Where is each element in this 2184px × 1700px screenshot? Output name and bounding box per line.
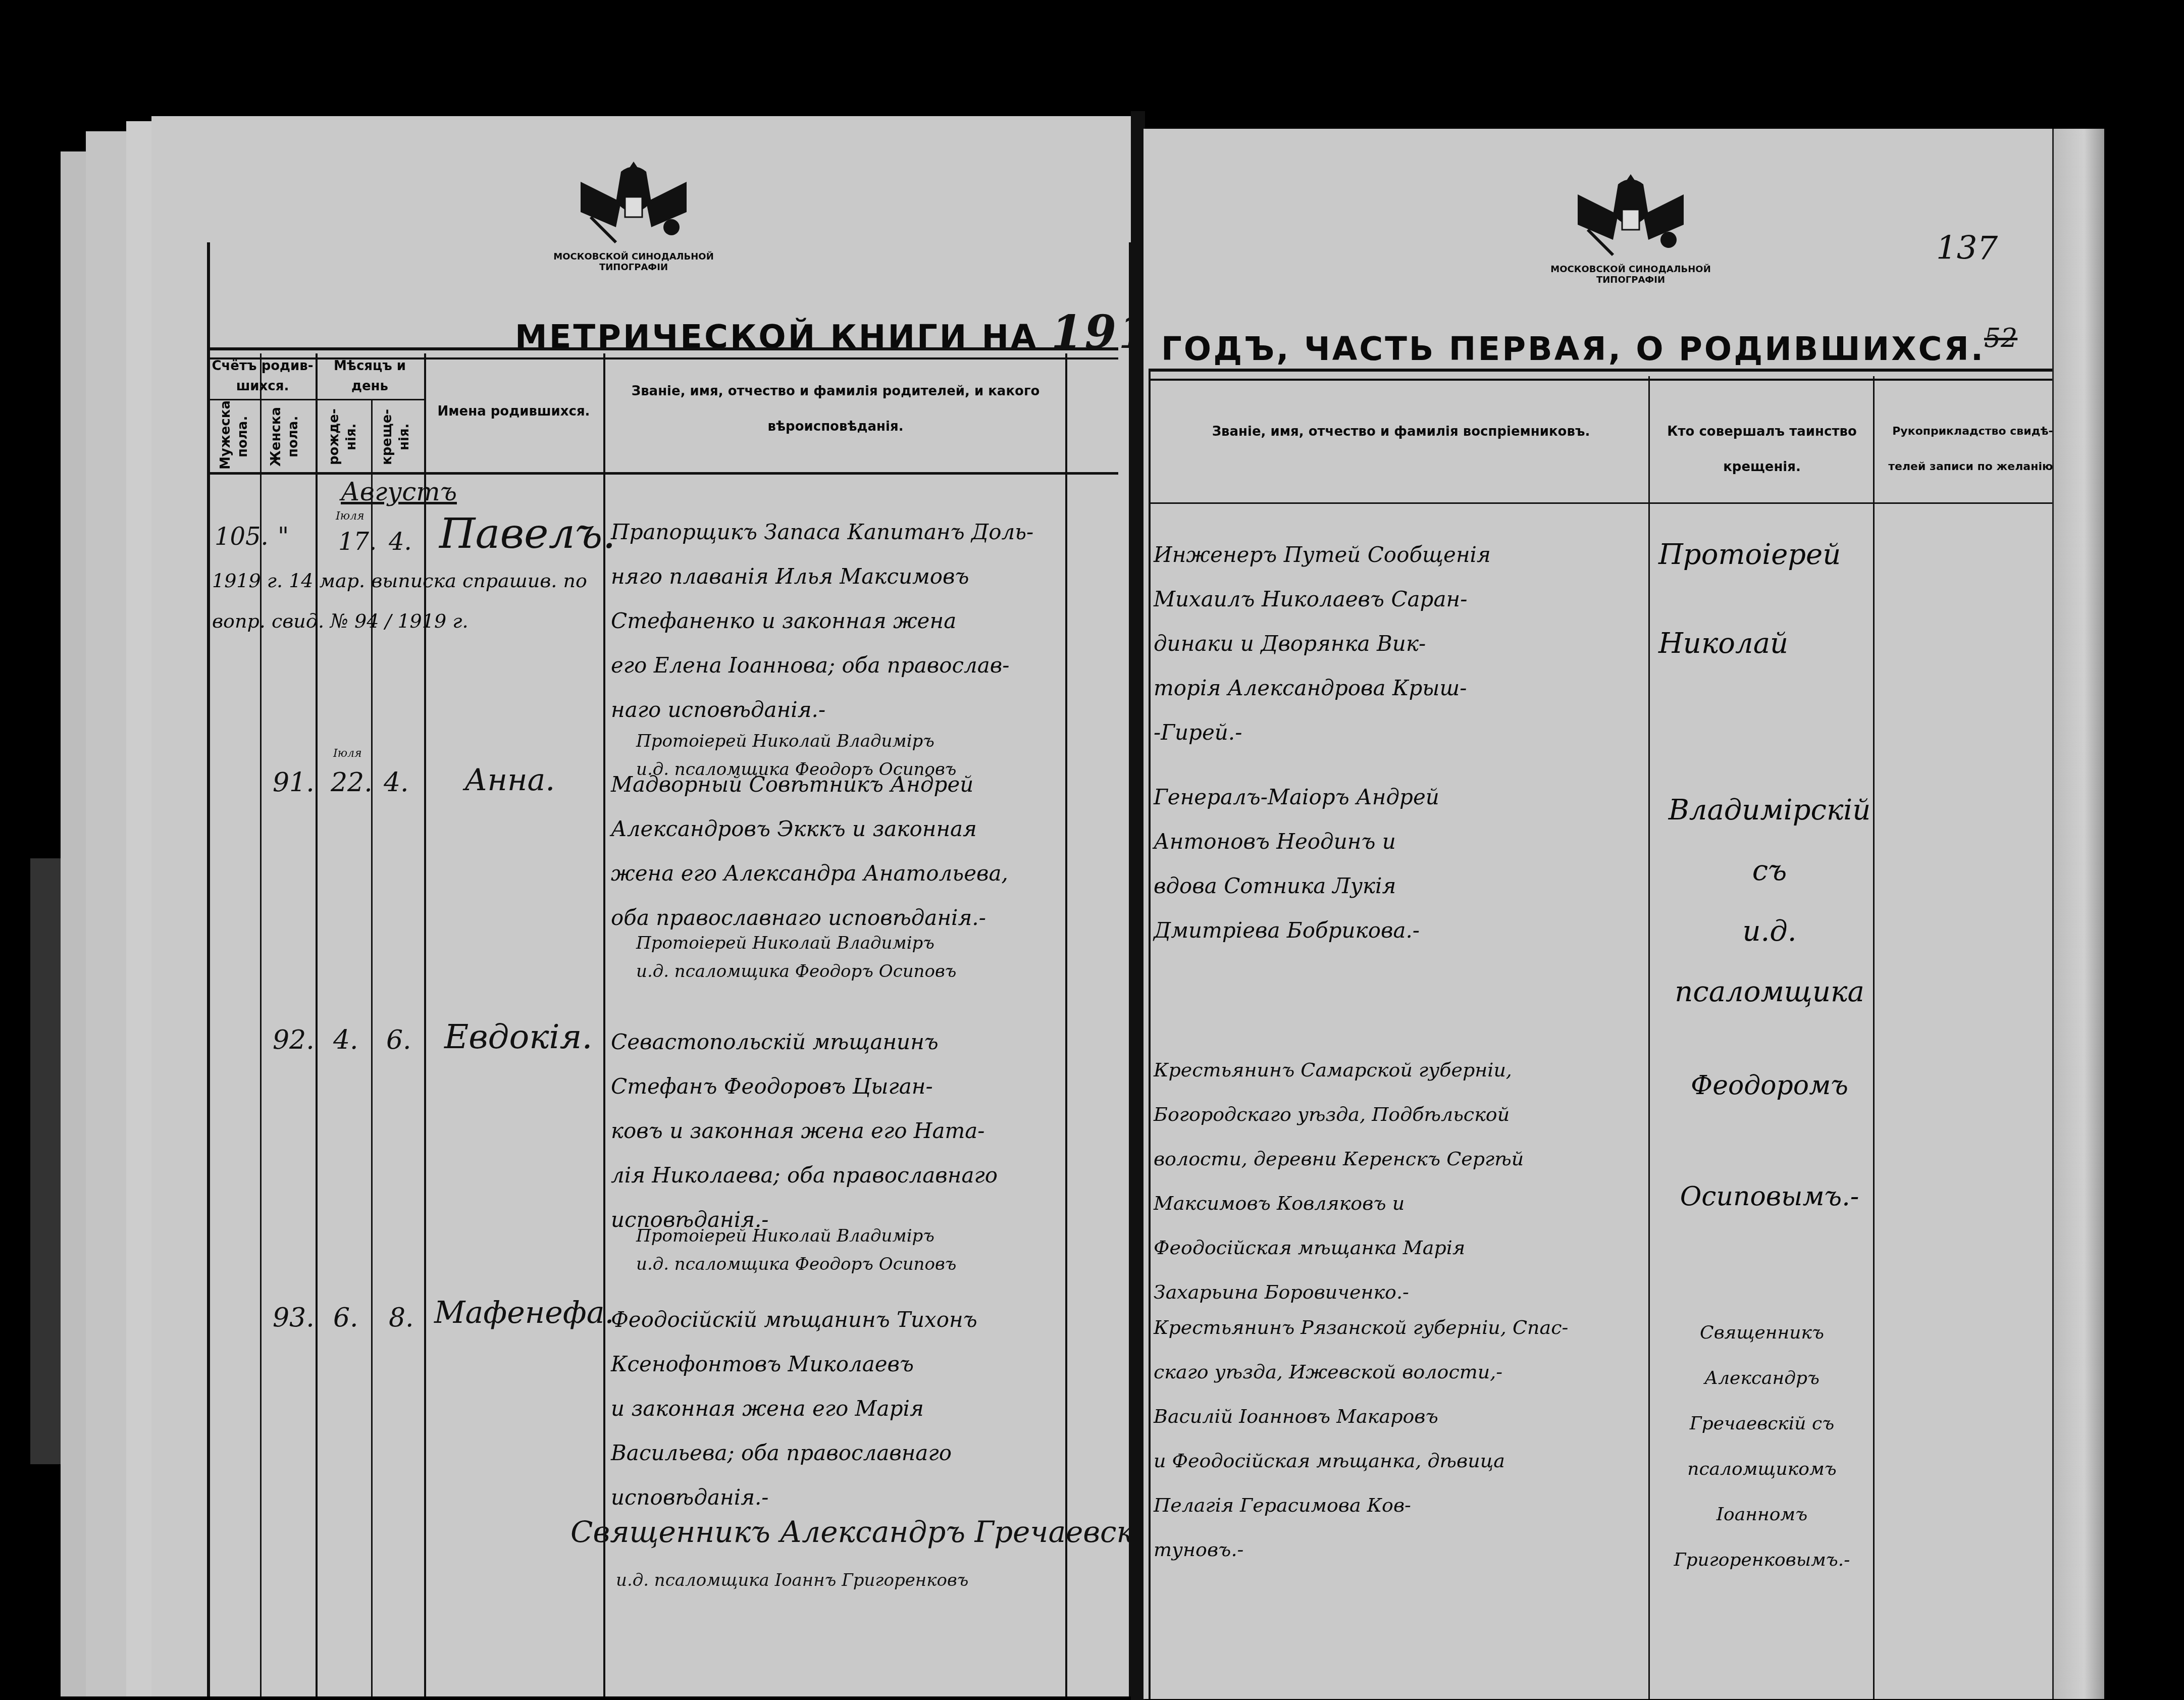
godparents-entry: Инженеръ Путей Сообщенія Михаилъ Николае… xyxy=(1154,533,1648,755)
officiant-entry: Феодоромъ Осиповымъ.- xyxy=(1663,1058,1876,1224)
entry-child-name: Павелъ. xyxy=(439,510,616,558)
col-line xyxy=(1873,376,1875,1699)
godparents-entry: Крестьянинъ Рязанской губерніи, Спас- ск… xyxy=(1154,1305,1648,1572)
col-header-birth: рожде-нія. xyxy=(326,404,360,470)
double-headed-eagle-icon xyxy=(550,157,717,247)
entry-female-no: " xyxy=(278,523,289,551)
entry-birth-month: Іюля xyxy=(336,510,365,523)
left-page: МОСКОВСКОЙ СИНОДАЛЬНОЙ ТИПОГРАФІИ МЕТРИЧ… xyxy=(151,116,1131,1696)
entry-parents: Феодосійскій мѣщанинъ Тихонъ Ксенофонтов… xyxy=(611,1298,1065,1520)
entry-birth-month: Іюля xyxy=(333,747,362,760)
entry-margin-note: 1919 г. 14 мар. выписка спрашив. по вопр… xyxy=(212,560,596,641)
entry-birth-day: 6. xyxy=(333,1303,358,1333)
col-header-month-day: Мѣсяцъ и день xyxy=(316,356,424,396)
col-line xyxy=(316,353,318,1696)
entry-female-no: 92. xyxy=(273,1025,315,1055)
month-header: Августъ xyxy=(341,477,457,506)
entry-child-name: Евдокія. xyxy=(444,1017,592,1056)
officiant-entry: Владимірскій съ и.д. псаломщика xyxy=(1663,780,1876,1022)
header-bottom-rule xyxy=(1149,502,2072,504)
page-number-struck: 52 xyxy=(1984,323,2017,353)
imperial-eagle-emblem: МОСКОВСКОЙ СИНОДАЛЬНОЙ ТИПОГРАФІИ xyxy=(1547,169,1714,285)
officiant-entry: Священникъ Александръ Гречаевскій съ пса… xyxy=(1653,1310,1870,1583)
godparents-entry: Крестьянинъ Самарской губерніи, Богородс… xyxy=(1154,1048,1648,1314)
entry-priest-note: Протоіерей Николай Владиміръ и.д. псалом… xyxy=(636,929,1065,986)
entry-baptism-day: 6. xyxy=(386,1025,411,1055)
col-header-male: Мужеска пола. xyxy=(217,404,251,470)
header-bottom-rule xyxy=(210,472,1118,475)
entry-baptism-day: 8. xyxy=(389,1303,414,1333)
col-line xyxy=(1065,353,1067,1696)
entry-baptism-day: 4. xyxy=(384,767,409,798)
col-line xyxy=(260,353,262,1696)
signature-priest: Священникъ Александръ Гречаевскій xyxy=(570,1515,1162,1549)
entry-birth-day: 4. xyxy=(333,1025,358,1055)
col-header-count: Счётъ родив-шихся. xyxy=(210,356,316,396)
col-header-witnesses: Рукоприкладство свидѣ-телей записи по же… xyxy=(1876,414,2070,485)
right-page: МОСКОВСКОЙ СИНОДАЛЬНОЙ ТИПОГРАФІИ 137 ГО… xyxy=(1143,129,2103,1699)
officiant-entry: Протоіерей Николай xyxy=(1658,533,1870,666)
col-header-female: Женска пола. xyxy=(268,404,302,470)
entry-baptism-day: 4. xyxy=(389,528,412,556)
folded-page-edge xyxy=(2052,129,2104,1699)
col-header-parents: Званіе, имя, отчество и фамилія родителе… xyxy=(608,374,1063,444)
signature-psalmist: и.д. псаломщика Іоаннъ Григоренковъ xyxy=(616,1570,968,1590)
page-title-right: ГОДЪ, ЧАСТЬ ПЕРВАЯ, О РОДИВШИХСЯ. xyxy=(1161,331,1985,368)
entry-birth-day: 17. xyxy=(338,528,377,556)
entry-priest-note: Протоіерей Николай Владиміръ и.д. псалом… xyxy=(636,1222,1065,1278)
entry-child-name: Мафенефа. xyxy=(434,1295,614,1330)
col-header-names: Имена родившихся. xyxy=(424,394,603,429)
subheader-rule xyxy=(210,399,424,400)
entry-male-no: 105. xyxy=(215,523,269,551)
col-line xyxy=(424,353,426,1696)
header-rule xyxy=(1149,369,2072,381)
entry-female-no: 91. xyxy=(273,767,315,798)
dark-side-strip xyxy=(30,858,61,1464)
entry-parents: Мадворный Совѣтникъ Андрей Александровъ … xyxy=(611,762,1065,940)
double-headed-eagle-icon xyxy=(1547,169,1714,260)
entry-parents: Прапорщикъ Запаса Капитанъ Доль- няго пл… xyxy=(611,510,1065,732)
publisher-banner: МОСКОВСКОЙ СИНОДАЛЬНОЙ ТИПОГРАФІИ xyxy=(1547,264,1714,285)
folio-number: 137 xyxy=(1936,230,1998,267)
col-header-officiant: Кто совершалъ таинство крещенія. xyxy=(1653,414,1870,485)
book-gutter xyxy=(1131,111,1145,1700)
entry-birth-day: 22. xyxy=(331,767,373,798)
godparents-entry: Генералъ-Маіоръ Андрей Антоновъ Неодинъ … xyxy=(1154,775,1648,953)
col-line xyxy=(1648,376,1650,1699)
entry-female-no: 93. xyxy=(273,1303,315,1333)
col-header-godparents: Званіе, имя, отчество и фамилія воспріем… xyxy=(1174,414,1628,449)
entry-parents: Севастопольскій мѣщанинъ Стефанъ Феодоро… xyxy=(611,1020,1065,1242)
col-header-baptism: креще-нія. xyxy=(379,404,413,470)
entry-child-name: Анна. xyxy=(464,762,555,798)
